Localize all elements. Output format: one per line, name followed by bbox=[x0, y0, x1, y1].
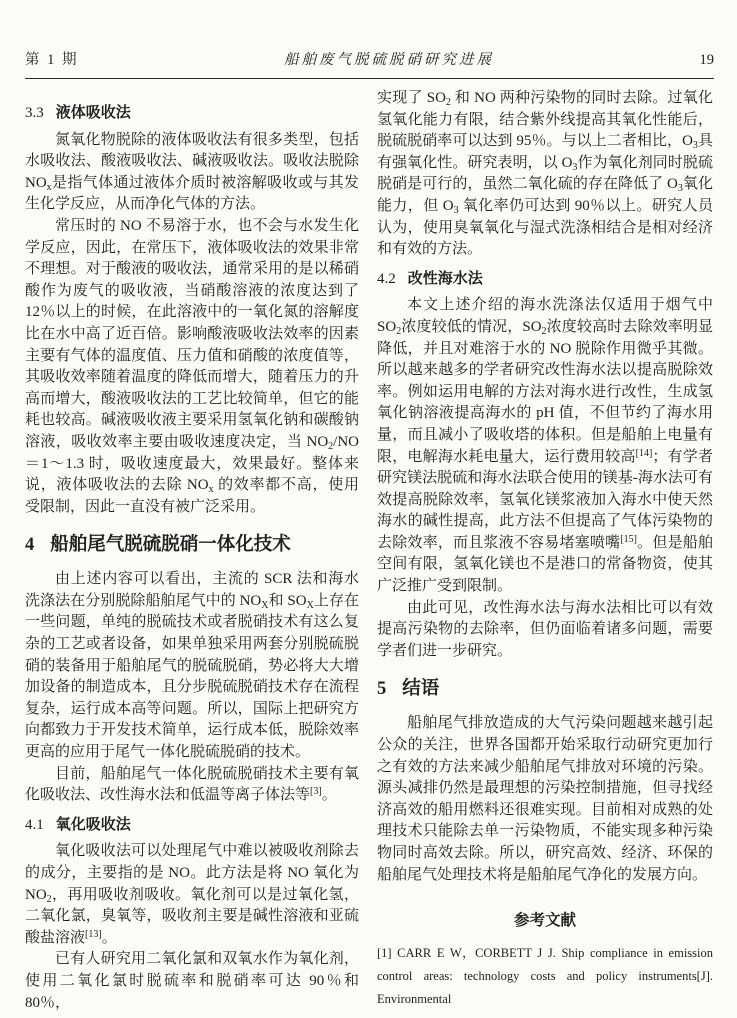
paragraph-integrated-tech-intro: 由上述内容可以看出，主流的 SCR 法和海水洗涤法在分别脱除船舶尾气中的 NOX… bbox=[25, 569, 359, 763]
section-heading-4: 4船舶尾气脱硫脱硝一体化技术 bbox=[25, 531, 359, 558]
heading-title: 氧化吸收法 bbox=[56, 816, 131, 833]
page-header: 第 1 期 船舶废气脱硫脱硝研究进展 19 bbox=[25, 48, 714, 69]
heading-number: 3.3 bbox=[25, 105, 44, 121]
section-heading-4-1: 4.1氧化吸收法 bbox=[25, 814, 359, 837]
journal-issue: 第 1 期 bbox=[25, 48, 79, 69]
paragraph-modified-seawater-detail: 本文上述介绍的海水洗涤法仅适用于烟气中SO2浓度较低的情况，SO2浓度较高时去除… bbox=[377, 295, 713, 597]
heading-title: 船舶尾气脱硫脱硝一体化技术 bbox=[50, 533, 291, 554]
paragraph-oxidation-absorption-intro: 氧化吸收法可以处理尾气中难以被吸收剂除去的成分，主要指的是 NO。此方法是将 N… bbox=[25, 841, 359, 949]
section-heading-3-3: 3.3液体吸收法 bbox=[25, 102, 359, 125]
paragraph-oxidation-absorption-continued: 实现了 SO2 和 NO 两种污染物的同时去除。过氧化氢氧化能力有限，结合紫外线… bbox=[377, 88, 713, 261]
references-heading: 参考文献 bbox=[377, 910, 713, 932]
paragraph-integrated-tech-methods: 目前，船舶尾气一体化脱硫脱硝技术主要有氧化吸收法、改性海水法和低温等离子体法等[… bbox=[25, 764, 359, 807]
heading-title: 改性海水法 bbox=[408, 270, 483, 287]
heading-number: 4.2 bbox=[377, 271, 396, 287]
heading-title: 结语 bbox=[402, 677, 439, 698]
section-heading-4-2: 4.2改性海水法 bbox=[377, 268, 713, 291]
running-title: 船舶废气脱硫脱硝研究进展 bbox=[284, 48, 494, 69]
paragraph-oxidation-absorption-research: 已有人研究用二氧化氯和双氧水作为氧化剂，使用二氧化氯时脱硫率和脱硝率可达 90％… bbox=[25, 949, 359, 1014]
heading-number: 5 bbox=[377, 679, 386, 699]
reference-item-1: [1] CARR E W，CORBETT J J. Ship complianc… bbox=[377, 942, 713, 1011]
paragraph-modified-seawater-summary: 由此可见，改性海水法与海水法相比可以有效提高污染物的去除率，但仍面临着诸多问题，… bbox=[377, 598, 713, 663]
header-rule bbox=[25, 78, 714, 79]
heading-title: 液体吸收法 bbox=[56, 104, 131, 121]
right-column: 实现了 SO2 和 NO 两种污染物的同时去除。过氧化氢氧化能力有限，结合紫外线… bbox=[377, 88, 713, 1011]
page-number: 19 bbox=[700, 52, 715, 69]
paper-page: 第 1 期 船舶废气脱硫脱硝研究进展 19 3.3液体吸收法 氮氧化物脱除的液体… bbox=[0, 0, 737, 1018]
left-column: 3.3液体吸收法 氮氧化物脱除的液体吸收法有很多类型，包括水吸收法、酸液吸收法、… bbox=[25, 95, 359, 1014]
paragraph-conclusion: 船舶尾气排放造成的大气污染问题越来越引起公众的关注，世界各国都开始采取行动研究更… bbox=[377, 713, 713, 886]
section-heading-5: 5结语 bbox=[377, 675, 713, 702]
heading-number: 4 bbox=[25, 535, 34, 555]
heading-number: 4.1 bbox=[25, 817, 44, 833]
paragraph-liquid-absorption-detail: 常压时的 NO 不易溶于水，也不会与水发生化学反应，因此，在常压下，液体吸收法的… bbox=[25, 216, 359, 518]
paragraph-liquid-absorption-types: 氮氧化物脱除的液体吸收法有很多类型，包括水吸收法、酸液吸收法、碱液吸收法。吸收法… bbox=[25, 130, 359, 216]
